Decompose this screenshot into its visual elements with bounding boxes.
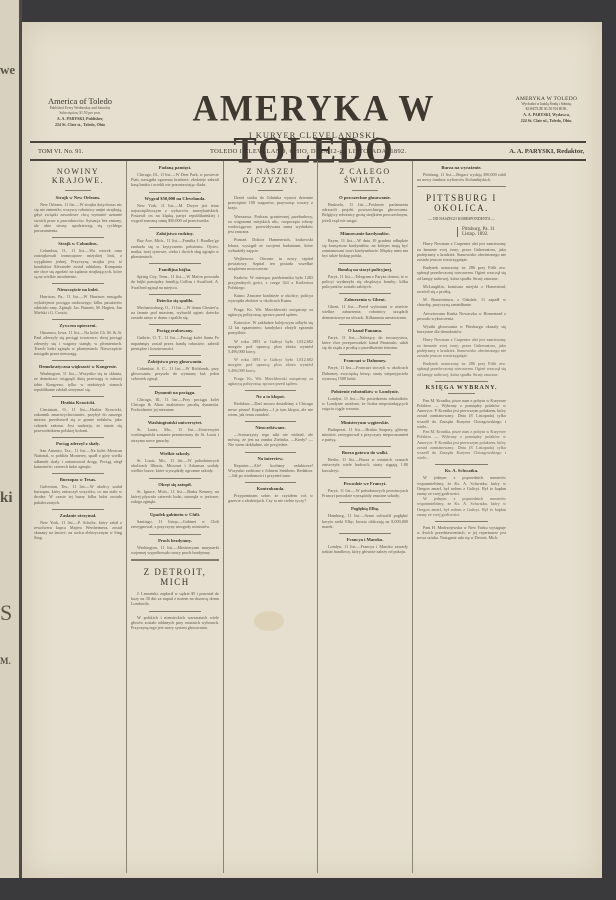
dateline: TOM VI. No. 91. TOLEDO I CLEVELAND, OHIO…: [30, 146, 586, 158]
divider: [339, 293, 391, 294]
divider: [339, 324, 391, 325]
article-body: New Orleans, 11 list.—W strajku dotychcz…: [34, 202, 122, 233]
article-body: Washington, 11 list.—Ministeryum marynar…: [131, 545, 219, 555]
article-headline: Pociąg zrabowany.: [131, 328, 219, 333]
scan-background: [0, 878, 616, 900]
article-body: W jednym z poprzednich numerów wspomniel…: [417, 475, 506, 496]
divider: [339, 502, 391, 503]
article-body: Spring City, Tenn., 11 list.—W Mafon pow…: [131, 274, 219, 290]
column-world-news: Z CAŁEGO ŚWIATA. O powszechne głosowanie…: [317, 161, 412, 873]
article-body: W jednym z poprzednich numerów wspomniel…: [417, 496, 506, 517]
article-body: Washington, 11 list.—Wszystko się tu skł…: [34, 371, 122, 392]
article-body: Pan M. Kronika, pisze nam z pobytu w Kur…: [417, 398, 506, 429]
article-headline: Kontrabanda.: [228, 486, 313, 491]
article-body: W polskich i niemieckich warsztatach wie…: [131, 615, 219, 631]
article-body: W roku 1891 w Galicyi było 1,812,682 mor…: [228, 357, 313, 373]
article-headline: Burza gotowa do walki.: [322, 450, 408, 455]
article-body: Wyniki głosowania w Pittsburgu okazały s…: [417, 324, 506, 334]
article-body: Reporter.—Ale! kochany redaktorze! Wszys…: [228, 463, 313, 479]
article-body: New York, 11 list.—M. Dwyer jest teraz n…: [131, 203, 219, 224]
article-headline: Dziecko się spaliło.: [131, 298, 219, 303]
paper-stain: [254, 611, 284, 631]
article-headline: No a to kłopot.: [228, 394, 313, 399]
column-pittsburg: Burza na wyrażenie. Pittsburg, 11 list.—…: [412, 161, 510, 873]
article-body: —Scenarzysty tego nikt nie widział, ale …: [228, 432, 313, 448]
article-headline: Zaslanie otrzymał.: [34, 513, 122, 518]
divider: [149, 324, 202, 325]
divider: [149, 478, 202, 479]
article-body: Londyn, 11 list.—Na posiedzeniu robotnik…: [322, 396, 408, 412]
article-body: Mechanicsburg, O., 11 list.—W domu Cheat…: [131, 305, 219, 321]
article-body: Pan M. Kronika, pisze nam z pobytu w Kur…: [417, 429, 506, 460]
article-headline: Mianowanie kardynałów.: [322, 231, 408, 236]
divider: [149, 508, 202, 509]
article-headline: Okręt się zatopił.: [131, 482, 219, 487]
column-news-continued: Padaną pamięci. Chicago, Ill., 11 list.—…: [126, 161, 223, 873]
article-headline: Nieoczekiwane.: [228, 425, 313, 430]
article-body: Londyn, 11 list.—Francya i Maroko zawarł…: [322, 544, 408, 554]
scan-background: [602, 0, 616, 900]
article-body: Budynek oznaczony nr. 286 przy Fifth ave…: [417, 265, 506, 281]
article-headline: O powszechne głosowanie.: [322, 195, 408, 200]
divider: [149, 227, 202, 228]
article-headline: Proch bezdymny.: [131, 538, 219, 543]
article-body: St. Ignace, Mich., 11 list.—Barka Kenney…: [131, 489, 219, 505]
masthead-polish-box: AMERYKA W TOLEDO Wychodzi w każdą Środę …: [499, 96, 594, 124]
article-body: Warszawa. Podczas gruntownej przebudowy,…: [228, 214, 313, 235]
article-body: Ghent, 11 list.—Przed wyborami w mieście…: [322, 304, 408, 320]
divider: [149, 192, 202, 193]
divider: [149, 294, 202, 295]
article-headline: Pociąg zderzył z skały.: [34, 441, 122, 446]
article-headline: Burza na wyrażenie.: [417, 165, 506, 170]
divider: [258, 190, 284, 191]
article-body: W roku 1891 w Galicyi było 1,812,682 mor…: [228, 339, 313, 355]
article-headline: Bombą na stacyi policyjnej.: [322, 267, 408, 272]
article-headline: O kanał Panama.: [322, 328, 408, 333]
article-headline: Burzopas w Texas.: [34, 477, 122, 482]
divider: [131, 559, 219, 561]
divider: [149, 386, 202, 387]
article-body: Budynek oznaczony nr. 286 przy Fifth ave…: [417, 361, 506, 377]
article-body: St. Louis, Mo., 11 list.—Uniwersytet was…: [131, 427, 219, 443]
article-headline: Zabójstwo przy głosowaniu.: [131, 359, 219, 364]
divider: [149, 534, 202, 535]
article-body: San Antonio, Tex., 11 list.—Na kolei Mex…: [34, 448, 122, 469]
article-headline: Zabójstwo rodziny.: [131, 231, 219, 236]
column-homeland-news: Z NASZEJ OJCZYZNY. Drzeń statku do Gdańs…: [223, 161, 317, 873]
divider: [339, 477, 391, 478]
article-body: Bruksela, 11 list.—Posłowie parlamentu o…: [322, 202, 408, 223]
article-headline: Ministeryum węgierskie.: [322, 420, 408, 425]
divider: [52, 396, 105, 397]
article-headline: Strajk w New Orleans.: [34, 195, 122, 200]
article-body: St. Louis, Mo., 11 list.—W południowych …: [131, 458, 219, 474]
divider: [149, 263, 202, 264]
article-headline: Wielkie szkody.: [131, 451, 219, 456]
divider: [52, 473, 105, 474]
article-body: Guthrie, O. T., 11 list.—Pociąg kolei Sa…: [131, 335, 219, 351]
article-headline: Demokratyczna większość w Kongresie.: [34, 364, 122, 369]
divider: [435, 521, 488, 522]
divider: [417, 186, 506, 187]
adjacent-page-fragment: S: [0, 600, 12, 626]
article-body: Galveston, Tex., 11 list.—W okolicy szal…: [34, 484, 122, 505]
section-heading: Z CAŁEGO ŚWIATA.: [322, 163, 408, 188]
article-body: Poznań. Doktor Hammerach, krakowski leka…: [228, 237, 313, 253]
newspaper-subtitle: I KURYER CLEVELANDSKI.: [134, 130, 494, 140]
article-headline: Upadek gabinetu w Chili.: [131, 512, 219, 517]
place-date: TOLEDO I CLEVELAND, OHIO, DNIA 12-go LIS…: [210, 148, 407, 155]
article-body: Chicago, Ill., 11 list.—Przy pociągu kol…: [131, 397, 219, 413]
article-body: J. Lemański, zapłacił w sądzie $5 i pozo…: [131, 591, 219, 607]
article-body: Redaktor.—Dziś znowu dostaliśmy z Chicag…: [228, 401, 313, 417]
article-body: Rzym, 11 list.—W dniu 10 grudnia odbędzi…: [322, 238, 408, 259]
article-headline: Na interview.: [228, 456, 313, 461]
article-body: Paryż, 11 list.—Francuzi stoczyli w okol…: [322, 365, 408, 381]
divider: [339, 227, 391, 228]
column-national-news: NOWINY KRAJOWE. Strajk w New Orleans. Ne…: [30, 161, 126, 873]
article-body: Berlin, 11 list.—Burza w ostatnich czasa…: [322, 457, 408, 473]
article-body: Columbus, O., 11 list.—Wo wtorek rano za…: [34, 248, 122, 279]
divider: [149, 355, 202, 356]
article-body: Paryż, 11 list.—Telegram z Paryża donosi…: [322, 274, 408, 290]
newspaper-page: America of Toledo Published Every Wednes…: [22, 22, 602, 878]
article-headline: Powodzie we Francyi.: [322, 481, 408, 486]
divider: [339, 446, 391, 447]
masthead-rule: [30, 141, 586, 143]
article-body: Chicago, Ill., 11 list.—W Deer Park, w p…: [131, 172, 219, 188]
article-headline: Położenie robotników w Londynie.: [322, 389, 408, 394]
adjacent-page-fragment: M.: [0, 656, 11, 666]
correspondence-dateline: Pittsburg, Pa. 11 Listop. 1892.: [457, 227, 506, 237]
article-body: Pittsburg, 11 list.—Bogaci wydają 300,00…: [417, 172, 506, 182]
divider: [52, 437, 105, 438]
divider: [339, 533, 391, 534]
article-headline: Dynamit na pociągu.: [131, 390, 219, 395]
article-headline: Padaną pamięci.: [131, 165, 219, 170]
article-headline: Familijna bójka.: [131, 267, 219, 272]
article-body: Hamburg, 11 list.—Senat uchwalił pogłębi…: [322, 513, 408, 529]
divider: [245, 421, 296, 422]
adjacent-page-fragment: ki: [0, 490, 13, 507]
article-headline: Zywcem upieczeni.: [34, 323, 122, 328]
article-headline: Francuzi w Dahomey.: [322, 358, 408, 363]
article-headline: KSIĘGA WYBRANY.: [417, 385, 506, 391]
publisher-address: 224 St. Clair st., Toledo, Ohio: [30, 122, 130, 128]
article-body: Budapeszt, 11 list.—Hrabia Szapary, głów…: [322, 427, 408, 443]
divider: [339, 263, 391, 264]
divider: [65, 190, 91, 191]
divider: [149, 447, 202, 448]
adjacent-page-edge: we ki S M.: [0, 0, 20, 880]
divider: [352, 190, 378, 191]
article-body: Kutno. Znaczne kradzieże w okolicy; poli…: [228, 293, 313, 303]
divider: [149, 611, 202, 612]
article-body: New York, 11 list.—P. Scholtz, który zab…: [34, 520, 122, 541]
article-headline: Ks. A. Schwatka.: [417, 468, 506, 473]
divider: [339, 416, 391, 417]
article-body: Harry Newman z Carpenter alei jest zamie…: [417, 241, 506, 262]
article-body: Pani H. Modrzejewska w New Yorku występu…: [417, 525, 506, 541]
article-headline: Francya i Maroko.: [322, 537, 408, 542]
article-headline: Hrabia Krawicki.: [34, 400, 122, 405]
article-body: Paryż, 11 list.—Należący do towarzystwa,…: [322, 335, 408, 351]
english-title: America of Toledo: [30, 96, 130, 106]
article-body: Harry Newman z Carpenter alei jest zamie…: [417, 337, 506, 358]
article-body: Harrison, Pa., 11 list.—W Harrison nastą…: [34, 294, 122, 315]
volume-number: TOM VI. No. 91.: [38, 148, 83, 155]
article-body: Kraków. W miesiącu październiku było 128…: [228, 275, 313, 291]
article-body: Wejherowo. Otwarto tu nowy szpital powia…: [228, 256, 313, 272]
article-body: Bay Axe, Mich., 11 list.—Familia J. Brad…: [131, 238, 219, 259]
article-body: Drzeń statku do Gdańska wynosi dziennie …: [228, 195, 313, 211]
article-headline: Wygrał $50,000 na Clevelanda.: [131, 196, 219, 201]
article-body: Ottumwa, Iowa, 11 list.—Na kolei Ch. M. …: [34, 330, 122, 356]
divider: [245, 482, 296, 483]
divider: [52, 319, 105, 320]
article-headline: Washingtoński uniwersytet.: [131, 420, 219, 425]
article-body: Praga. Ks. Wit. Marchlewski uwięziony za…: [228, 307, 313, 317]
section-heading-detroit: Z DETROIT, MICH: [131, 567, 219, 587]
adjacent-page-fragment: we: [0, 62, 15, 78]
divider: [245, 452, 296, 453]
article-headline: Pogłębią Elbę.: [322, 506, 408, 511]
divider: [245, 390, 296, 391]
section-heading-pittsburg: PITTSBURG I OKOLICA.: [417, 193, 506, 213]
divider: [448, 393, 475, 394]
article-body: Paryż, 11 list.—W południowych prowincya…: [322, 488, 408, 498]
article-headline: Nieszczęście na kolei.: [34, 287, 122, 292]
article-body: Columbia, S. C., 11 list.—W Richlands, p…: [131, 366, 219, 382]
divider: [52, 237, 105, 238]
publisher-address-pl: 224 St. Clair ul., Toledo, Ohio.: [499, 118, 594, 124]
masthead-english-box: America of Toledo Published Every Wednes…: [30, 96, 130, 128]
article-body: M. Bonaventura, z Oakdale, 11 zapadł w c…: [417, 297, 506, 307]
divider: [52, 360, 105, 361]
divider: [149, 416, 202, 417]
section-heading: NOWINY KRAJOWE.: [34, 163, 122, 188]
news-columns: NOWINY KRAJOWE. Strajk w New Orleans. Ne…: [30, 161, 586, 871]
divider: [435, 381, 488, 382]
article-body: McLaughlin, komisarz miejski z Homestead…: [417, 284, 506, 294]
divider: [52, 283, 105, 284]
divider: [339, 354, 391, 355]
divider: [52, 509, 105, 510]
section-heading: Z NASZEJ OJCZYZNY.: [228, 163, 313, 188]
article-body: Aresztowano Kurka Nowaczka w Homestead z…: [417, 311, 506, 321]
article-body: Przypominam sobie, że czytałem coś w gaz…: [228, 493, 313, 503]
article-headline: Strajk w Columbus.: [34, 241, 122, 246]
article-headline: Zaburzenia w Ghent.: [322, 297, 408, 302]
article-body: Praga. Ks. Wit. Marchlewski uwięziony za…: [228, 376, 313, 386]
divider: [435, 464, 488, 465]
article-body: Cincinnati, O., 11 list.—Hrabia Krawicki…: [34, 407, 122, 433]
article-body: Santiago, 11 listop.—Gabinet w Chili zre…: [131, 519, 219, 529]
article-body: Katowice. W zakładzie kolejowym odbyło s…: [228, 320, 313, 336]
divider: [339, 385, 391, 386]
correspondent-line: — OD NASZEGO KORESPONDENTA —: [417, 217, 506, 221]
editor: A. A. PARYSKI, Redaktor,: [509, 148, 584, 155]
